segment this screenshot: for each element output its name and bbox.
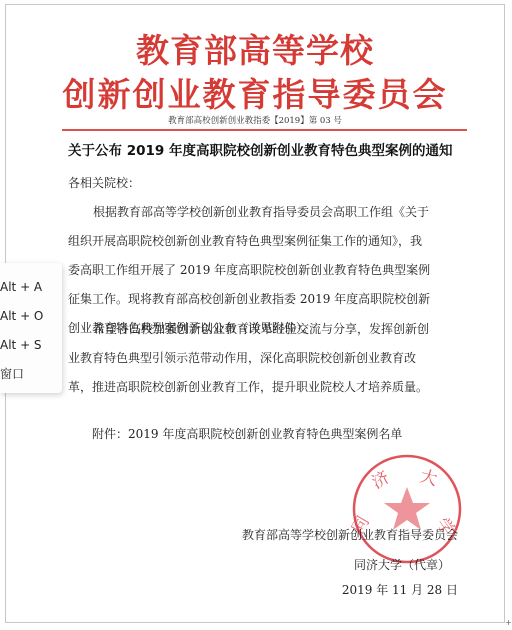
menu-item-alt-s[interactable]: Alt + S — [0, 335, 42, 355]
document-title: 关于公布 2019 年度高职院校创新创业教育特色典型案例的通知 — [68, 139, 468, 159]
paragraph-line: 征集工作。现将教育部高校创新创业教指委 2019 年度高职院校创新 — [68, 285, 468, 314]
paragraph-line: 希望各高校加强创新创业教育改革经验交流与分享，发挥创新创 — [68, 315, 468, 344]
paragraph-line: 组织开展高职院校创新创业教育特色典型案例征集工作的通知》，我 — [68, 227, 468, 256]
seal-char: 大 — [418, 467, 440, 491]
header-line-1: 教育部高等学校 — [6, 25, 504, 72]
paragraph-line: 根据教育部高等学校创新创业教育指导委员会高职工作组《关于 — [68, 198, 468, 227]
menu-item-window[interactable]: 窗口 — [0, 364, 24, 384]
red-divider — [62, 129, 467, 131]
signature-on-behalf: 同济大学（代章） — [6, 556, 450, 573]
paragraph-2: 希望各高校加强创新创业教育改革经验交流与分享，发挥创新创 业教育特色典型引领示范… — [68, 315, 468, 402]
document-number: 教育部高校创新创业教指委【2019】第 03 号 — [6, 114, 504, 126]
signature-date: 2019 年 11 月 28 日 — [6, 581, 458, 598]
resize-handle[interactable]: + — [505, 619, 512, 627]
seal-char: 济 — [369, 468, 394, 494]
menu-item-alt-a[interactable]: Alt + A — [0, 277, 42, 297]
context-menu: Alt + A Alt + O Alt + S 窗口 — [0, 263, 62, 393]
attachment-note: 附件：2019 年度高职院校创新创业教育特色典型案例名单 — [92, 425, 402, 442]
menu-item-alt-o[interactable]: Alt + O — [0, 306, 43, 326]
paragraph-line: 业教育特色典型引领示范带动作用，深化高职院校创新创业教育改 — [68, 344, 468, 373]
paragraph-line: 委高职工作组开展了 2019 年度高职院校创新创业教育特色典型案例 — [68, 256, 468, 285]
paragraph-line: 革，推进高职院校创新创业教育工作，提升职业院校人才培养质量。 — [68, 373, 468, 402]
salutation: 各相关院校： — [68, 169, 468, 198]
header-line-2: 创新创业教育指导委员会 — [6, 69, 504, 116]
signature-organization: 教育部高等学校创新创业教育指导委员会 — [6, 526, 458, 543]
document-page: 教育部高等学校 创新创业教育指导委员会 教育部高校创新创业教指委【2019】第 … — [5, 4, 505, 623]
official-seal-icon: 济 大 学 同 — [351, 453, 463, 565]
